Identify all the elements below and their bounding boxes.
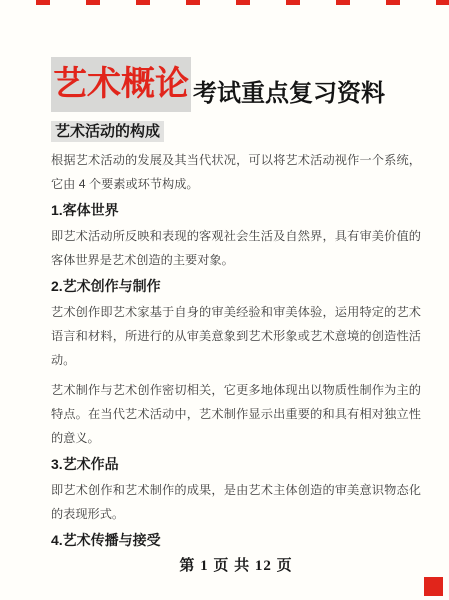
section-subheading: 1.客体世界 [51, 203, 421, 218]
paragraph: 即艺术活动所反映和表现的客观社会生活及自然界，具有审美价值的客体世界是艺术创造的… [51, 224, 421, 272]
paragraph: 艺术创作即艺术家基于自身的审美经验和审美体验，运用特定的艺术语言和材料，所进行的… [51, 300, 421, 372]
page-subtitle: 考试重点复习资料 [193, 81, 385, 107]
corner-marker [424, 577, 443, 596]
paragraph: 艺术制作与艺术创作密切相关，它更多地体现出以物质性制作为主的特点。在当代艺术活动… [51, 378, 421, 450]
paragraph: 根据艺术活动的发展及其当代状况，可以将艺术活动视作一个系统，它由 4 个要素或环… [51, 148, 421, 196]
sections-container: 艺术活动的构成根据艺术活动的发展及其当代状况，可以将艺术活动视作一个系统，它由 … [51, 121, 421, 548]
cut-line-dashes [0, 0, 449, 5]
section-subheading: 3.艺术作品 [51, 457, 421, 472]
section-heading: 艺术活动的构成 [51, 121, 164, 142]
page-title: 艺术概论 [51, 57, 191, 112]
page-title-row: 艺术概论 考试重点复习资料 [51, 57, 421, 112]
page-indicator: 第 1 页 共 12 页 [51, 554, 421, 575]
section-subheading: 4.艺术传播与接受 [51, 533, 421, 548]
paragraph: 即艺术创作和艺术制作的成果，是由艺术主体创造的审美意识物态化的表现形式。 [51, 478, 421, 526]
section-subheading: 2.艺术创作与制作 [51, 279, 421, 294]
document-page: 艺术概论 考试重点复习资料 艺术活动的构成根据艺术活动的发展及其当代状况，可以将… [0, 0, 449, 600]
